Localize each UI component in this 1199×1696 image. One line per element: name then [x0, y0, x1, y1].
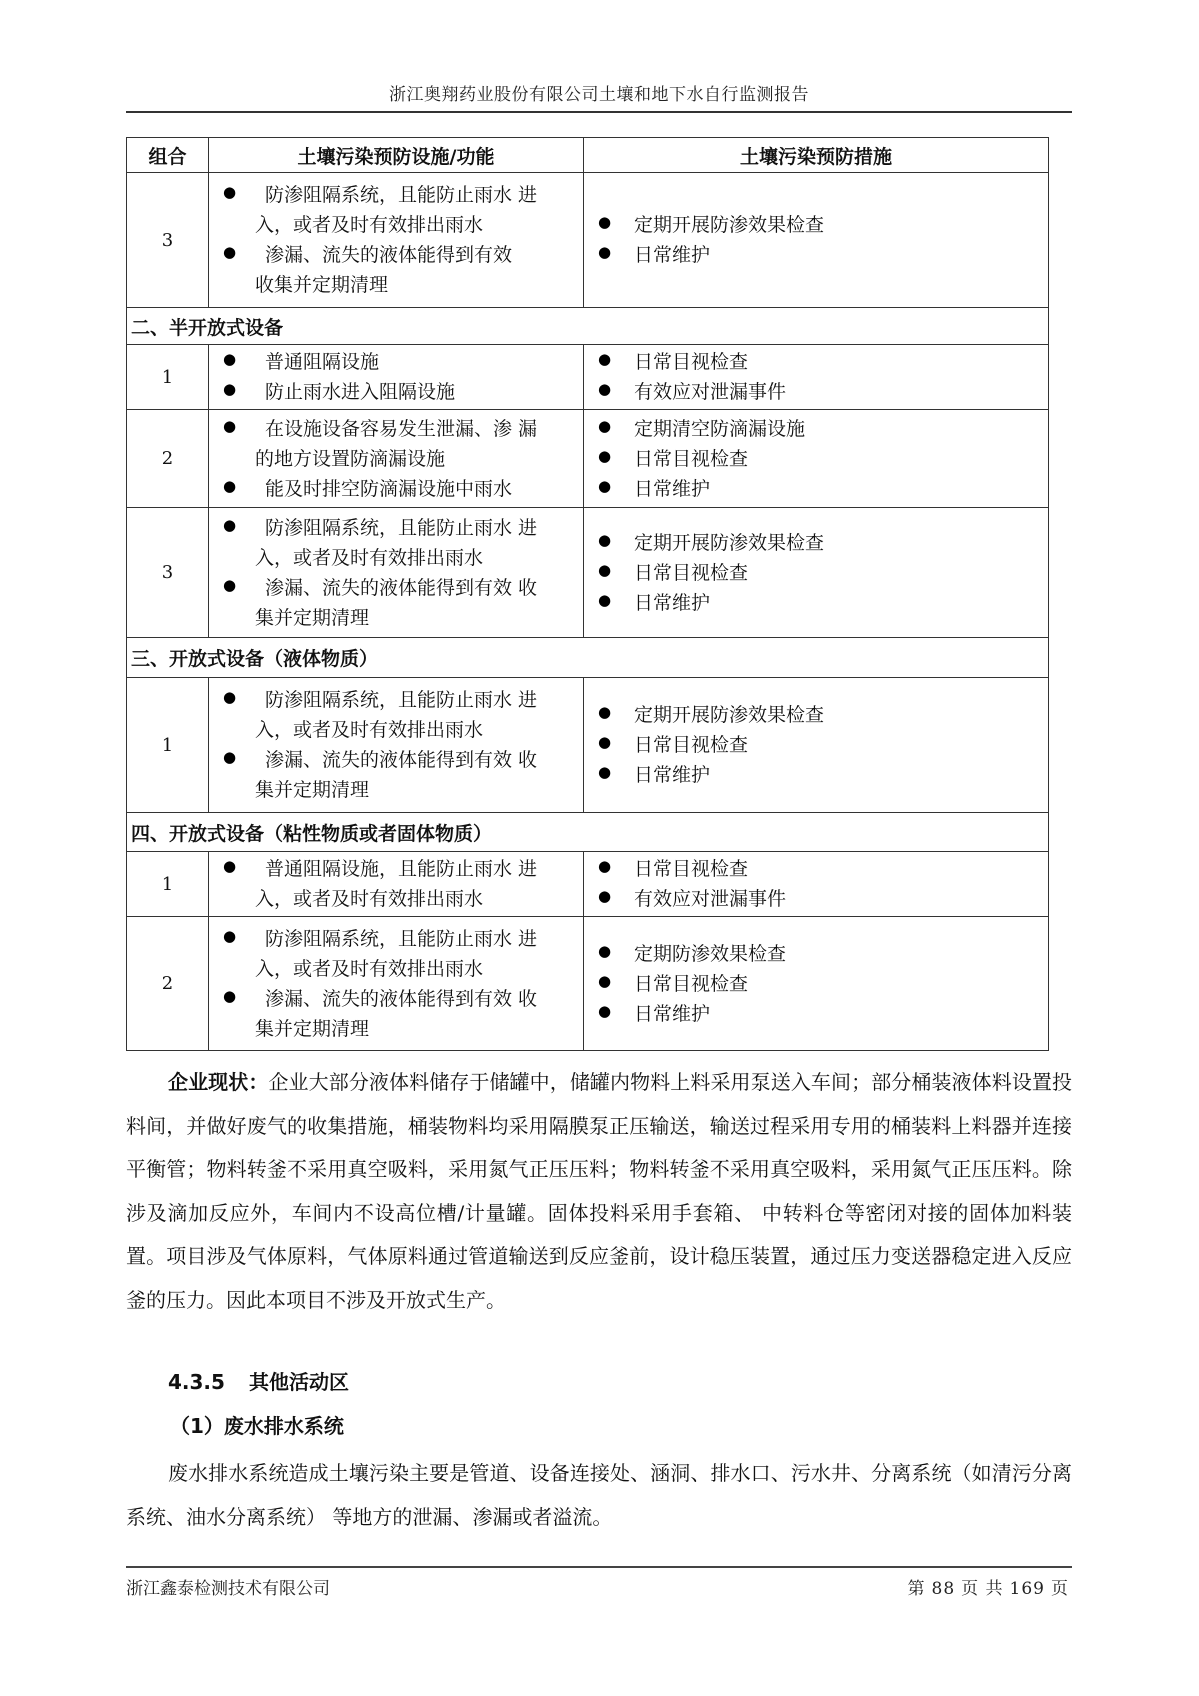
footer-divider [126, 1566, 1072, 1568]
measure-item: 日常目视检查 [594, 558, 1040, 588]
measure-item-text: 定期开展防渗效果检查 [634, 704, 824, 726]
function-item: 渗漏、流失的液体能得到有效 收集并定期清理 [219, 573, 575, 633]
footer-company: 浙江鑫泰检测技术有限公司 [126, 1574, 330, 1599]
measure-item: 日常维护 [594, 999, 1040, 1029]
measure-item-text: 定期清空防滴漏设施 [634, 418, 805, 440]
function-item-text-cont: 入，或者及时有效排出雨水 [219, 884, 575, 914]
measure-item-text: 日常目视检查 [634, 734, 748, 756]
measure-item: 有效应对泄漏事件 [594, 377, 1040, 407]
table-row: 2防渗阻隔系统，且能防止雨水 进入，或者及时有效排出雨水渗漏、流失的液体能得到有… [127, 917, 1049, 1051]
function-cell: 防渗阻隔系统，且能防止雨水 进入，或者及时有效排出雨水渗漏、流失的液体能得到有效… [209, 678, 584, 813]
measure-item-text: 日常维护 [634, 592, 710, 614]
function-item-text-cont: 入，或者及时有效排出雨水 [219, 954, 575, 984]
group-number: 2 [127, 917, 209, 1051]
function-item-text-cont: 入，或者及时有效排出雨水 [219, 543, 575, 573]
function-item-text: 防渗阻隔系统，且能防止雨水 进 [219, 513, 575, 543]
enterprise-status-paragraph: 企业现状：企业大部分液体料储存于储罐中，储罐内物料上料采用泵送入车间；部分桶装液… [126, 1061, 1072, 1322]
function-item-text: 渗漏、流失的液体能得到有效 收 [219, 573, 575, 603]
function-item: 普通阻隔设施 [219, 347, 575, 377]
measure-item: 日常目视检查 [594, 444, 1040, 474]
measure-item: 日常维护 [594, 240, 1040, 270]
header-divider [126, 111, 1072, 113]
section-row: 四、开放式设备（粘性物质或者固体物质） [127, 813, 1049, 852]
column-header-function: 土壤污染预防设施/功能 [209, 138, 584, 173]
page-total: 169 [1010, 1579, 1045, 1599]
measure-item-text: 日常维护 [634, 764, 710, 786]
section-row: 三、开放式设备（液体物质） [127, 638, 1049, 678]
function-item: 防渗阻隔系统，且能防止雨水 进入，或者及时有效排出雨水 [219, 924, 575, 984]
table-row: 1普通阻隔设施防止雨水进入阻隔设施日常目视检查有效应对泄漏事件 [127, 345, 1049, 410]
table-row: 3防渗阻隔系统，且能防止雨水 进入，或者及时有效排出雨水渗漏、流失的液体能得到有… [127, 508, 1049, 638]
group-number: 1 [127, 345, 209, 410]
measure-item-text: 日常目视检查 [634, 448, 748, 470]
function-cell: 防渗阻隔系统，且能防止雨水 进入，或者及时有效排出雨水渗漏、流失的液体能得到有效… [209, 508, 584, 638]
table-row: 1防渗阻隔系统，且能防止雨水 进入，或者及时有效排出雨水渗漏、流失的液体能得到有… [127, 678, 1049, 813]
function-item-text-cont: 入，或者及时有效排出雨水 [219, 715, 575, 745]
measure-item-text: 有效应对泄漏事件 [634, 888, 786, 910]
function-item-text: 在设施设备容易发生泄漏、渗 漏 [219, 414, 575, 444]
function-cell: 普通阻隔设施，且能防止雨水 进入，或者及时有效排出雨水 [209, 852, 584, 917]
measure-item: 有效应对泄漏事件 [594, 884, 1040, 914]
wastewater-paragraph: 废水排水系统造成土壤污染主要是管道、设备连接处、涵洞、排水口、污水井、分离系统（… [126, 1452, 1072, 1539]
measure-cell: 定期开展防渗效果检查日常维护 [584, 173, 1049, 308]
function-item-text: 防渗阻隔系统，且能防止雨水 进 [219, 685, 575, 715]
function-item: 能及时排空防滴漏设施中雨水 [219, 474, 575, 504]
function-item: 防止雨水进入阻隔设施 [219, 377, 575, 407]
measure-item: 日常目视检查 [594, 730, 1040, 760]
function-item: 渗漏、流失的液体能得到有效收集并定期清理 [219, 240, 575, 300]
enterprise-status-label: 企业现状： [168, 1070, 268, 1094]
measure-item-text: 日常目视检查 [634, 351, 748, 373]
page-current: 88 [932, 1579, 956, 1599]
measure-cell: 定期开展防渗效果检查日常目视检查日常维护 [584, 508, 1049, 638]
measure-item-text: 日常维护 [634, 244, 710, 266]
measure-item-text: 定期开展防渗效果检查 [634, 532, 824, 554]
function-item-text: 渗漏、流失的液体能得到有效 收 [219, 984, 575, 1014]
function-item-text-cont: 集并定期清理 [219, 1014, 575, 1044]
measure-item: 定期开展防渗效果检查 [594, 210, 1040, 240]
function-item: 渗漏、流失的液体能得到有效 收集并定期清理 [219, 745, 575, 805]
function-cell: 防渗阻隔系统，且能防止雨水 进入，或者及时有效排出雨水渗漏、流失的液体能得到有效… [209, 173, 584, 308]
function-item-text: 普通阻隔设施 [219, 347, 575, 377]
measure-cell: 日常目视检查有效应对泄漏事件 [584, 345, 1049, 410]
measure-item: 日常维护 [594, 760, 1040, 790]
group-number: 1 [127, 852, 209, 917]
measure-item-text: 定期防渗效果检查 [634, 943, 786, 965]
table-row: 3防渗阻隔系统，且能防止雨水 进入，或者及时有效排出雨水渗漏、流失的液体能得到有… [127, 173, 1049, 308]
section-label: 三、开放式设备（液体物质） [127, 638, 1049, 678]
function-item: 防渗阻隔系统，且能防止雨水 进入，或者及时有效排出雨水 [219, 513, 575, 573]
measure-item-text: 日常维护 [634, 1003, 710, 1025]
measure-item-text: 日常目视检查 [634, 858, 748, 880]
function-item-text-cont: 集并定期清理 [219, 603, 575, 633]
section-label: 二、半开放式设备 [127, 308, 1049, 345]
measure-item: 日常目视检查 [594, 969, 1040, 999]
measure-cell: 日常目视检查有效应对泄漏事件 [584, 852, 1049, 917]
measure-item: 定期清空防滴漏设施 [594, 414, 1040, 444]
measure-item-text: 定期开展防渗效果检查 [634, 214, 824, 236]
section-row: 二、半开放式设备 [127, 308, 1049, 345]
measure-item: 定期开展防渗效果检查 [594, 528, 1040, 558]
table-row: 2在设施设备容易发生泄漏、渗 漏的地方设置防滴漏设施能及时排空防滴漏设施中雨水定… [127, 410, 1049, 508]
function-item-text: 防渗阻隔系统，且能防止雨水 进 [219, 180, 575, 210]
function-item-text: 防止雨水进入阻隔设施 [219, 377, 575, 407]
function-item: 防渗阻隔系统，且能防止雨水 进入，或者及时有效排出雨水 [219, 180, 575, 240]
group-number: 3 [127, 508, 209, 638]
function-cell: 在设施设备容易发生泄漏、渗 漏的地方设置防滴漏设施能及时排空防滴漏设施中雨水 [209, 410, 584, 508]
function-item: 在设施设备容易发生泄漏、渗 漏的地方设置防滴漏设施 [219, 414, 575, 474]
measure-item: 日常维护 [594, 474, 1040, 504]
measure-item: 定期开展防渗效果检查 [594, 700, 1040, 730]
function-item-text: 能及时排空防滴漏设施中雨水 [219, 474, 575, 504]
table-row: 1普通阻隔设施，且能防止雨水 进入，或者及时有效排出雨水日常目视检查有效应对泄漏… [127, 852, 1049, 917]
group-number: 1 [127, 678, 209, 813]
function-cell: 防渗阻隔系统，且能防止雨水 进入，或者及时有效排出雨水渗漏、流失的液体能得到有效… [209, 917, 584, 1051]
function-item-text-cont: 收集并定期清理 [219, 270, 575, 300]
measure-item-text: 有效应对泄漏事件 [634, 381, 786, 403]
function-item-text: 防渗阻隔系统，且能防止雨水 进 [219, 924, 575, 954]
column-header-group: 组合 [127, 138, 209, 173]
page-suffix: 页 [1051, 1579, 1069, 1599]
measure-cell: 定期防渗效果检查日常目视检查日常维护 [584, 917, 1049, 1051]
section-number: 4.3.5 [168, 1370, 225, 1394]
function-item-text: 渗漏、流失的液体能得到有效 收 [219, 745, 575, 775]
footer-page-number: 第88页 共169页 [905, 1574, 1073, 1599]
column-header-measure: 土壤污染预防措施 [584, 138, 1049, 173]
page-prefix: 第 [908, 1579, 926, 1599]
page-mid: 页 共 [961, 1579, 1003, 1599]
measure-item: 日常维护 [594, 588, 1040, 618]
table-body: 3防渗阻隔系统，且能防止雨水 进入，或者及时有效排出雨水渗漏、流失的液体能得到有… [127, 173, 1049, 1051]
prevention-measures-table: 组合 土壤污染预防设施/功能 土壤污染预防措施 3防渗阻隔系统，且能防止雨水 进… [126, 137, 1049, 1051]
measure-item-text: 日常目视检查 [634, 562, 748, 584]
function-item: 防渗阻隔系统，且能防止雨水 进入，或者及时有效排出雨水 [219, 685, 575, 745]
measure-item-text: 日常维护 [634, 478, 710, 500]
function-item-text: 渗漏、流失的液体能得到有效 [219, 240, 575, 270]
function-cell: 普通阻隔设施防止雨水进入阻隔设施 [209, 345, 584, 410]
function-item-text: 普通阻隔设施，且能防止雨水 进 [219, 854, 575, 884]
function-item: 渗漏、流失的液体能得到有效 收集并定期清理 [219, 984, 575, 1044]
measure-cell: 定期清空防滴漏设施日常目视检查日常维护 [584, 410, 1049, 508]
function-item-text-cont: 集并定期清理 [219, 775, 575, 805]
page-header-title: 浙江奥翔药业股份有限公司土壤和地下水自行监测报告 [126, 80, 1072, 105]
section-label: 四、开放式设备（粘性物质或者固体物质） [127, 813, 1049, 852]
function-item: 普通阻隔设施，且能防止雨水 进入，或者及时有效排出雨水 [219, 854, 575, 914]
table-header-row: 组合 土壤污染预防设施/功能 土壤污染预防措施 [127, 138, 1049, 173]
measure-cell: 定期开展防渗效果检查日常目视检查日常维护 [584, 678, 1049, 813]
function-item-text-cont: 入，或者及时有效排出雨水 [219, 210, 575, 240]
section-heading: 4.3.5其他活动区 [168, 1366, 349, 1395]
measure-item: 日常目视检查 [594, 854, 1040, 884]
subsection-heading: （1）废水排水系统 [170, 1410, 344, 1439]
group-number: 3 [127, 173, 209, 308]
measure-item: 定期防渗效果检查 [594, 939, 1040, 969]
measure-item: 日常目视检查 [594, 347, 1040, 377]
measure-item-text: 日常目视检查 [634, 973, 748, 995]
section-title: 其他活动区 [249, 1370, 349, 1394]
group-number: 2 [127, 410, 209, 508]
function-item-text-cont: 的地方设置防滴漏设施 [219, 444, 575, 474]
enterprise-status-text: 企业大部分液体料储存于储罐中，储罐内物料上料采用泵送入车间；部分桶装液体料设置投… [126, 1070, 1072, 1312]
